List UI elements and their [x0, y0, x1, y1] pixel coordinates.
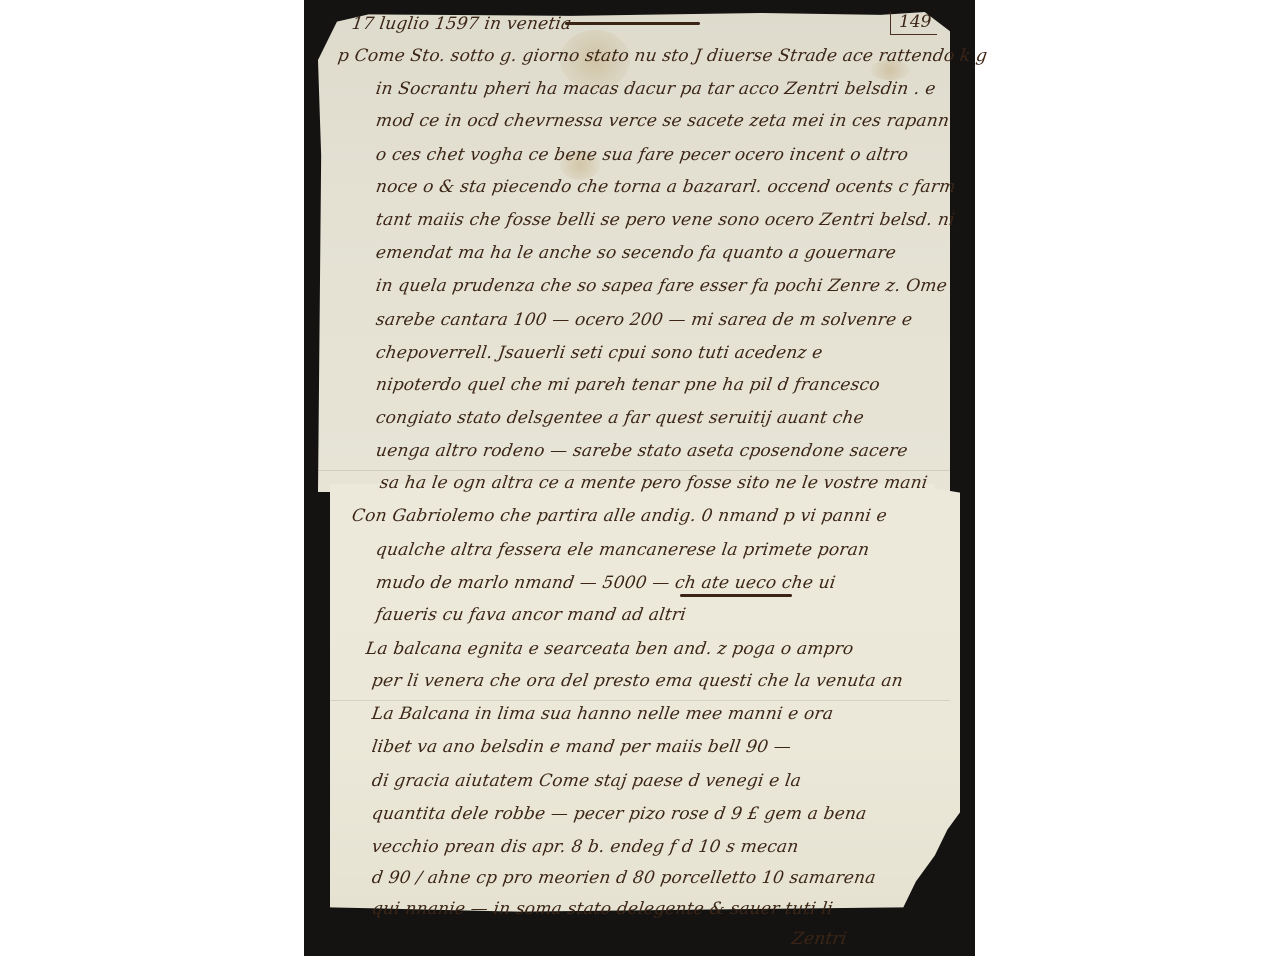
manuscript-line: di gracia aiutatem Come staj paese d ven… — [371, 771, 803, 791]
signature: Zentri — [791, 929, 848, 949]
line-end-flourish-rule — [680, 594, 792, 597]
manuscript-line: congiato stato delsgentee a far quest se… — [375, 408, 866, 428]
manuscript-line: La balcana egnita e searceata ben and. z… — [365, 639, 855, 659]
manuscript-line: qualche altra fessera ele mancanerese la… — [375, 540, 871, 560]
manuscript-line: mudo de marlo nmand — 5000 — ch ate ueco… — [375, 573, 837, 593]
manuscript-line: La Balcana in lima sua hanno nelle mee m… — [371, 704, 835, 724]
manuscript-line: in Socrantu pheri ha macas dacur pa tar … — [375, 79, 937, 99]
letter-date-header: 17 luglio 1597 in venetia — [351, 14, 573, 34]
fold-crease — [318, 470, 950, 471]
manuscript-line: libet va ano belsdin e mand per maiis be… — [371, 737, 793, 757]
manuscript-line: noce o & sta piecendo che torna a bazara… — [375, 177, 957, 197]
manuscript-line: o ces chet vogha ce bene sua fare pecer … — [375, 145, 910, 165]
manuscript-line: uenga altro rodeno — sarebe stato aseta … — [375, 441, 909, 461]
manuscript-line: qui nnanie — in soma stato delegente & s… — [371, 899, 835, 919]
manuscript-line: chepoverrell. Jsauerli seti cpui sono tu… — [375, 343, 824, 363]
manuscript-line: Con Gabriolemo che partira alle andig. 0… — [351, 506, 889, 526]
header-flourish-rule — [565, 22, 700, 25]
manuscript-line: nipoterdo quel che mi pareh tenar pne ha… — [375, 375, 882, 395]
manuscript-line: quantita dele robbe — pecer pizo rose d … — [371, 804, 868, 824]
manuscript-line: emendat ma ha le anche so secendo fa qua… — [375, 243, 898, 263]
manuscript-line: per li venera che ora del presto ema que… — [371, 671, 905, 691]
fold-crease — [330, 700, 950, 701]
manuscript-line: faueris cu fava ancor mand ad altri — [375, 605, 688, 625]
manuscript-line: in quela prudenza che so sapea fare esse… — [375, 276, 949, 296]
manuscript-line: p Come Sto. sotto g. giorno stato nu sto… — [337, 46, 989, 66]
manuscript-line: sarebe cantara 100 — ocero 200 — mi sare… — [375, 310, 914, 330]
manuscript-line: tant maiis che fosse belli se pero vene … — [375, 210, 957, 230]
manuscript-line: d 90 / ahne cp pro meorien d 80 porcelle… — [371, 868, 877, 888]
page-number: 149 — [890, 12, 937, 35]
manuscript-line: sa ha le ogn altra ce a mente pero fosse… — [379, 473, 929, 493]
manuscript-line: mod ce in ocd chevrnessa verce se sacete… — [375, 111, 951, 131]
manuscript-line: vecchio prean dis apr. 8 b. endeg f d 10… — [371, 837, 800, 857]
